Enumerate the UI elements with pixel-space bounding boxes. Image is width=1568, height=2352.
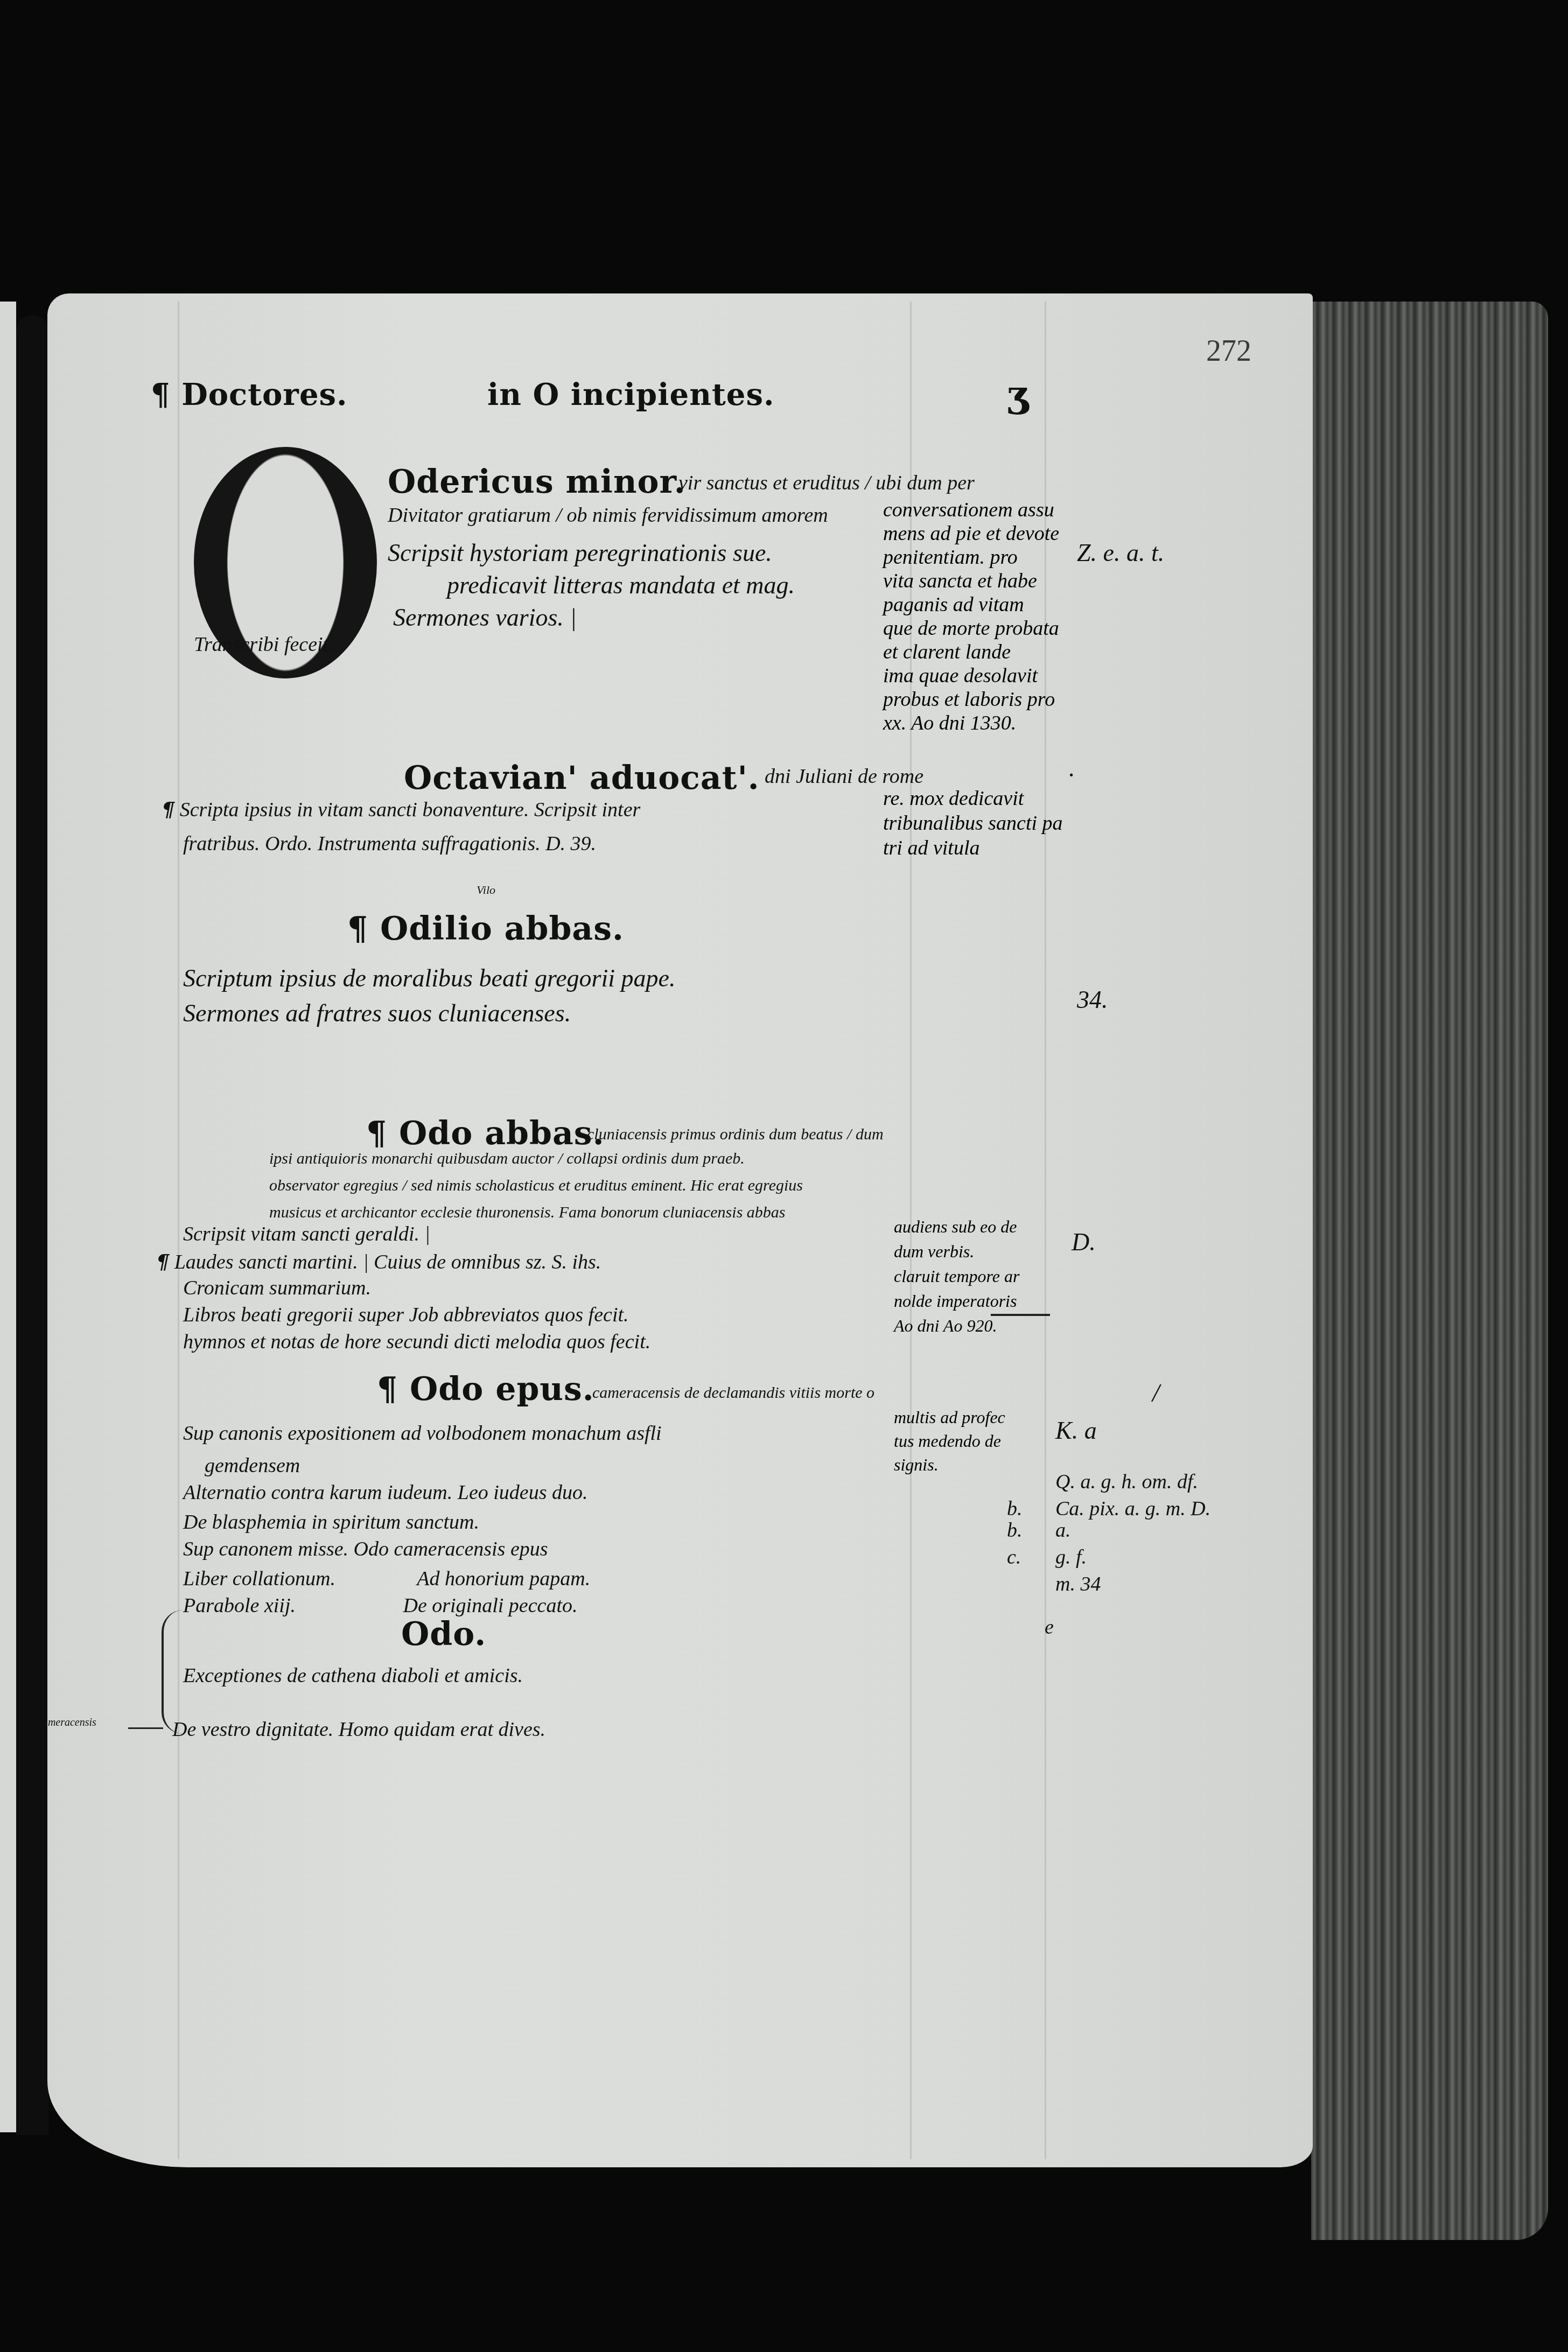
book-fore-edge bbox=[1311, 302, 1548, 2240]
side-note-odo-abbas: audiens sub eo de dum verbis. claruit te… bbox=[894, 1214, 1019, 1338]
margin-code-prefix: b. bbox=[1007, 1518, 1023, 1542]
side-note-line: nolde imperatoris bbox=[894, 1289, 1019, 1313]
pilcrow-icon: ¶ bbox=[377, 1370, 398, 1408]
side-note-line: ima quae desolavit bbox=[883, 664, 1059, 688]
entry-gloss-odo-epus: cameracensis de declamandis vitiis morte… bbox=[592, 1384, 874, 1402]
entry-heading-odo: Odo. bbox=[401, 1615, 486, 1653]
side-note-line: signis. bbox=[894, 1453, 1005, 1476]
side-note-octavianus: re. mox dedicavit tribunalibus sancti pa… bbox=[883, 786, 1063, 860]
entry-line: gemdensem bbox=[205, 1454, 300, 1478]
entry-gloss-octavianus: dni Juliani de rome bbox=[765, 765, 923, 788]
entry-line: ¶ Laudes sancti martini. | Cuius de omni… bbox=[156, 1249, 601, 1274]
entry-line: De blasphemia in spiritum sanctum. bbox=[183, 1510, 479, 1534]
running-header-left-text: Doctores. bbox=[181, 377, 347, 412]
side-note-line: mens ad pie et devote bbox=[883, 522, 1059, 545]
entry-line: Cronicam summarium. bbox=[183, 1276, 371, 1300]
side-note-line: tus medendo de bbox=[894, 1429, 1005, 1453]
side-note-line: probus et laboris pro bbox=[883, 688, 1059, 711]
entry-line: Exceptiones de cathena diaboli et amicis… bbox=[183, 1664, 523, 1688]
side-note-line: penitentiam. pro bbox=[883, 545, 1059, 569]
entry-line-text: Scripta ipsius in vitam sancti bonaventu… bbox=[180, 799, 641, 821]
side-note-odericus: conversationem assu mens ad pie et devot… bbox=[883, 498, 1059, 735]
entry-line: predicavit litteras mandata et mag. bbox=[447, 571, 795, 599]
entry-line: fratribus. Ordo. Instrumenta suffragatio… bbox=[183, 832, 596, 856]
entry-line: Sup canonis expositionem ad volbodonem m… bbox=[183, 1422, 662, 1445]
running-header-center: in O incipientes. bbox=[487, 377, 774, 412]
entry-line: ipsi antiquioris monarchi quibusdam auct… bbox=[269, 1150, 745, 1168]
margin-code: g. f. bbox=[1055, 1545, 1087, 1569]
entry-line: Sup canonem misse. Odo cameracensis epus bbox=[183, 1537, 548, 1561]
date-underline bbox=[991, 1314, 1050, 1316]
entry-line-text: Laudes sancti martini. | Cuius de omnibu… bbox=[174, 1251, 601, 1273]
pilcrow-icon: ¶ bbox=[151, 377, 171, 412]
margin-code-prefix: c. bbox=[1007, 1545, 1021, 1569]
leader-line bbox=[128, 1727, 163, 1729]
pilcrow-icon: ¶ bbox=[347, 910, 368, 948]
side-note-line: claruit tempore ar bbox=[894, 1264, 1019, 1289]
entry-heading-odericus: Odericus minor. bbox=[388, 463, 686, 501]
entry-line: Alternatio contra karum iudeum. Leo iude… bbox=[183, 1481, 587, 1504]
facing-page-edge bbox=[0, 302, 16, 2132]
margin-code: Ca. pix. a. g. m. D. bbox=[1055, 1497, 1210, 1521]
entry-heading-odo-abbas: ¶ Odo abbas. bbox=[366, 1115, 605, 1152]
margin-codes-odo-abbas: D. bbox=[1072, 1228, 1096, 1256]
side-note-line: tribunalibus sancti pa bbox=[883, 811, 1063, 836]
entry-heading-odilio: ¶ Odilio abbas. bbox=[347, 910, 624, 948]
side-note-line: re. mox dedicavit bbox=[883, 786, 1063, 811]
ruling-line-left bbox=[178, 302, 179, 2159]
entry-gloss-odericus: vir sanctus et eruditus / ubi dum per bbox=[678, 471, 975, 495]
entry-heading-odo-epus: ¶ Odo epus. bbox=[377, 1370, 594, 1408]
margin-code: Q. a. g. h. om. df. bbox=[1055, 1470, 1198, 1494]
side-note-line: multis ad profec bbox=[894, 1405, 1005, 1429]
entry-line: Liber collationum. Ad honorium papam. bbox=[183, 1567, 590, 1591]
entry-line: Scriptum ipsius de moralibus beati grego… bbox=[183, 964, 675, 992]
entry-line: musicus et archicantor ecclesie thuronen… bbox=[269, 1203, 785, 1222]
bracket-mark bbox=[162, 1610, 185, 1734]
side-note-line: audiens sub eo de bbox=[894, 1214, 1019, 1239]
folio-number: 272 bbox=[1206, 334, 1251, 368]
side-note-line: tri ad vitula bbox=[883, 836, 1063, 860]
pilcrow-icon: ¶ bbox=[162, 797, 174, 821]
margin-codes-odericus: Z. e. a. t. bbox=[1077, 538, 1164, 567]
side-note-line: paganis ad vitam bbox=[883, 593, 1059, 617]
entry-line: Sermones varios. | bbox=[393, 603, 577, 632]
entry-heading-text: Odo abbas. bbox=[399, 1115, 604, 1152]
entry-line: Parabole xiij. De originali peccato. bbox=[183, 1594, 577, 1618]
running-header-mark: ʒ bbox=[1007, 372, 1029, 416]
entry-line: Scripsit vitam sancti geraldi. | bbox=[183, 1222, 430, 1246]
side-note-line: et clarent lande bbox=[883, 640, 1059, 664]
entry-line: Divitator gratiarum / ob nimis fervidiss… bbox=[388, 503, 828, 527]
side-note-line: conversationem assu bbox=[883, 498, 1059, 522]
margin-note-cameracensis: cameracensis bbox=[38, 1717, 96, 1729]
entry-superscript-odilio: Vilo bbox=[477, 883, 495, 897]
side-note-line: xx. Ao dni 1330. bbox=[883, 711, 1059, 735]
side-note-line: Ao dni Ao 920. bbox=[894, 1313, 1019, 1338]
side-note-line: vita sancta et habe bbox=[883, 569, 1059, 593]
pilcrow-icon: ¶ bbox=[156, 1249, 169, 1273]
gutter-shadow bbox=[16, 315, 48, 2135]
margin-codes-octavianus: . bbox=[1069, 754, 1075, 782]
side-note-line: que de morte probata bbox=[883, 617, 1059, 640]
entry-line: De vestro dignitate. Homo quidam erat di… bbox=[172, 1718, 545, 1741]
margin-codes-odilio: 34. bbox=[1077, 985, 1108, 1014]
entry-line: hymnos et notas de hore secundi dicti me… bbox=[183, 1330, 650, 1354]
entry-line: observator egregius / sed nimis scholast… bbox=[269, 1177, 803, 1195]
margin-code-prefix: b. bbox=[1007, 1497, 1023, 1521]
entry-heading-text: Odilio abbas. bbox=[380, 910, 624, 948]
entry-line: ¶ Scripta ipsius in vitam sancti bonaven… bbox=[162, 797, 640, 822]
entry-line: Transcribi feceit. bbox=[194, 633, 334, 656]
entry-line: Sermones ad fratres suos cluniacenses. bbox=[183, 999, 571, 1027]
side-note-odo-epus: multis ad profec tus medendo de signis. bbox=[894, 1405, 1005, 1476]
side-note-line: dum verbis. bbox=[894, 1239, 1019, 1264]
entry-heading-octavianus: Octavian' aduocat'. bbox=[404, 759, 760, 797]
entry-heading-text: Odo epus. bbox=[410, 1370, 594, 1408]
entry-line: Libros beati gregorii super Job abbrevia… bbox=[183, 1303, 629, 1327]
margin-slash: / bbox=[1152, 1378, 1159, 1408]
margin-code: a. bbox=[1055, 1518, 1071, 1542]
entry-line: Scripsit hystoriam peregrinationis sue. bbox=[388, 538, 772, 567]
margin-code: e bbox=[1045, 1615, 1054, 1639]
pilcrow-icon: ¶ bbox=[366, 1115, 387, 1152]
margin-code: K. a bbox=[1055, 1416, 1097, 1445]
running-header-left: ¶ Doctores. bbox=[151, 377, 348, 412]
entry-gloss-odo-abbas: cluniacensis primus ordinis dum beatus /… bbox=[587, 1125, 884, 1144]
margin-code: m. 34 bbox=[1055, 1572, 1101, 1596]
